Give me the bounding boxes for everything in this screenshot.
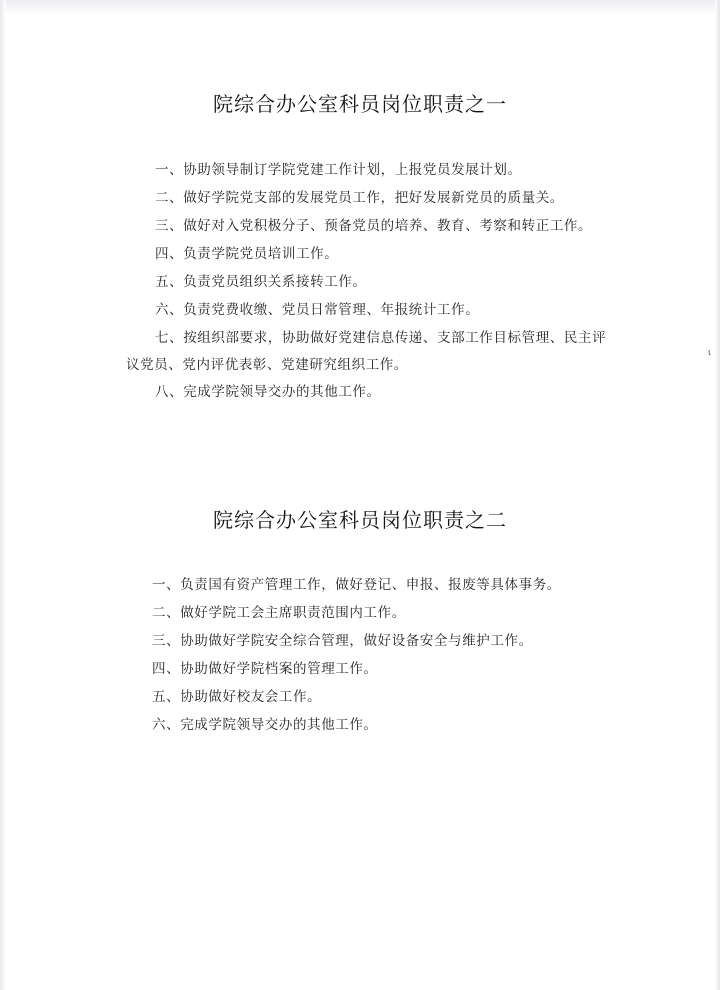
duty-item-4: 四、负责学院党员培训工作。 <box>155 245 338 263</box>
section-two-title: 院综合办公室科员岗位职责之二 <box>0 504 720 533</box>
scan-left-edge <box>0 0 6 990</box>
duty-item-5: 五、负责党员组织关系接转工作。 <box>155 273 367 291</box>
duty-item-8: 八、完成学院领导交办的其他工作。 <box>155 383 381 401</box>
scan-right-edge <box>715 0 720 990</box>
margin-scan-mark: ɩ <box>708 348 711 358</box>
duty-item-6: 六、完成学院领导交办的其他工作。 <box>152 716 378 734</box>
duty-item-4: 四、协助做好学院档案的管理工作。 <box>152 660 378 678</box>
section-one-title: 院综合办公室科员岗位职责之一 <box>0 88 720 117</box>
duty-item-3: 三、做好对入党积极分子、预备党员的培养、教育、考察和转正工作。 <box>155 217 592 235</box>
duty-item-7: 七、按组织部要求，协助做好党建信息传递、支部工作目标管理、民主评 <box>155 329 606 347</box>
duty-item-2: 二、做好学院工会主席职责范围内工作。 <box>152 604 406 622</box>
duty-item-1: 一、负责国有资产管理工作，做好登记、申报、报废等具体事务。 <box>152 576 561 594</box>
duty-item-5: 五、协助做好校友会工作。 <box>152 688 321 706</box>
duty-item-1: 一、协助领导制订学院党建工作计划，上报党员发展计划。 <box>155 161 522 179</box>
duty-item-3: 三、协助做好学院安全综合管理，做好设备安全与维护工作。 <box>152 632 533 650</box>
scan-top-shadow <box>0 0 720 14</box>
duty-item-2: 二、做好学院党支部的发展党员工作，把好发展新党员的质量关。 <box>155 189 564 207</box>
duty-item-6: 六、负责党费收缴、党员日常管理、年报统计工作。 <box>155 301 479 319</box>
duty-item-7-continued: 议党员、党内评优表彰、党建研究组织工作。 <box>126 356 408 374</box>
